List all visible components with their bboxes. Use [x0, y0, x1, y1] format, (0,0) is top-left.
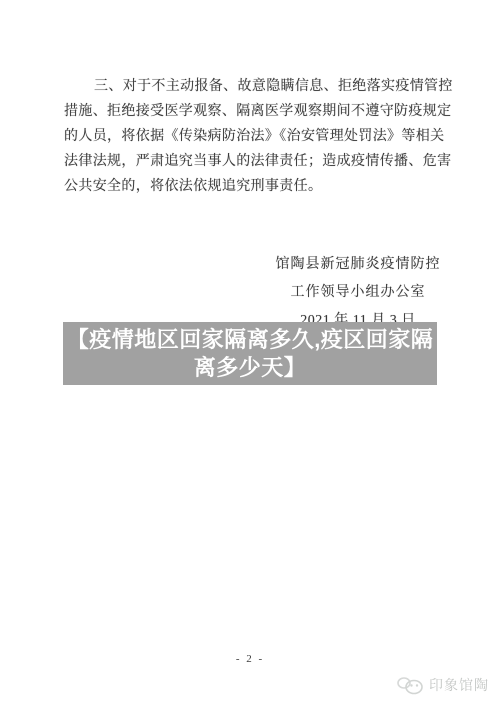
paragraph-line: 三、对于不主动报备、故意隐瞒信息、拒绝落实疫情管控: [64, 74, 440, 99]
signature-org-line1: 馆陶县新冠肺炎疫情防控: [266, 251, 450, 279]
watermark-label: 印象馆陶: [429, 675, 489, 695]
notice-paragraph: 三、对于不主动报备、故意隐瞒信息、拒绝落实疫情管控 措施、拒绝接受医学观察、隔离…: [64, 74, 440, 199]
paragraph-line: 公共安全的，将依法依规追究刑事责任。: [64, 174, 440, 199]
signature-org-line2: 工作领导小组办公室: [266, 279, 450, 307]
headline-text-line: 【疫情地区回家隔离多久,疫区回家隔: [67, 326, 434, 354]
headline-overlay-banner: 【疫情地区回家隔离多久,疫区回家隔 离多少天】: [63, 322, 437, 385]
document-page: 三、对于不主动报备、故意隐瞒信息、拒绝落实疫情管控 措施、拒绝接受医学观察、隔离…: [0, 0, 500, 707]
publisher-logo-icon: [397, 675, 424, 695]
paragraph-line: 的人员，将依据《传染病防治法》《治安管理处罚法》等相关: [64, 124, 440, 149]
watermark: 印象馆陶: [397, 674, 489, 696]
headline-text-line: 离多少天】: [194, 354, 307, 382]
page-number: - 2 -: [0, 653, 500, 665]
paragraph-line: 法律法规，严肃追究当事人的法律责任；造成疫情传播、危害: [64, 149, 440, 174]
paragraph-line: 措施、拒绝接受医学观察、隔离医学观察期间不遵守防疫规定: [64, 99, 440, 124]
